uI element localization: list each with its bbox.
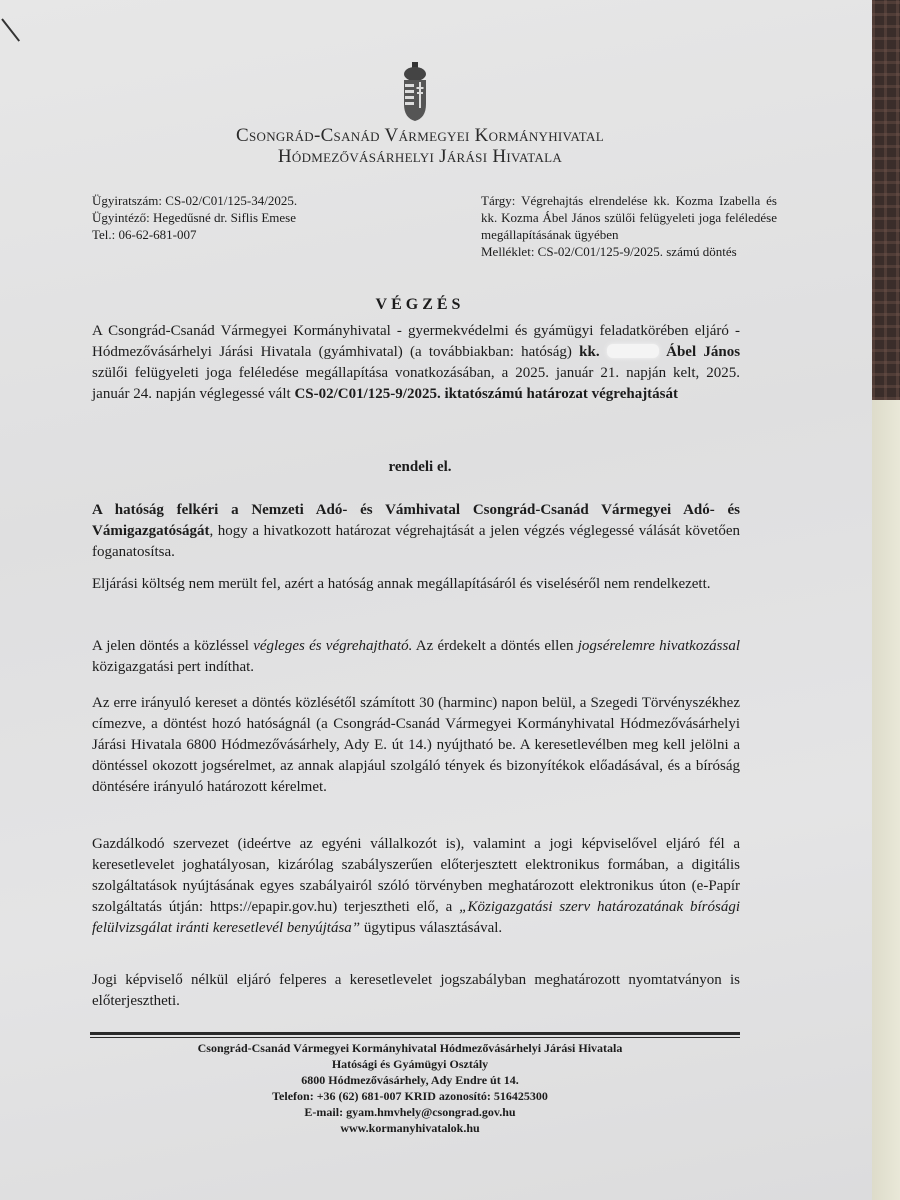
pen-mark: [1, 18, 20, 41]
finality-paragraph: A jelen döntés a közléssel végleges és v…: [92, 636, 740, 678]
costs-paragraph: Eljárási költség nem merült fel, azért a…: [92, 574, 740, 595]
subject-meta: Tárgy: Végrehajtás elrendelése kk. Kozma…: [481, 192, 777, 260]
electronic-filing-paragraph: Gazdálkodó szervezet (ideértve az egyéni…: [92, 834, 740, 939]
footer-divider: [90, 1032, 740, 1038]
child-name: Ábel János: [666, 344, 740, 360]
orders-line: rendeli el.: [0, 459, 840, 476]
footer-website: www.kormanyhivatalok.hu: [0, 1120, 820, 1136]
appeal-paragraph: Az erre irányuló kereset a döntés közlés…: [92, 693, 740, 798]
letterhead-office: Csongrád-Csanád Vármegyei Kormányhivatal: [0, 125, 840, 147]
request-paragraph: A hatóság felkéri a Nemzeti Adó- és Vámh…: [92, 500, 740, 563]
document-title: VÉGZÉS: [0, 296, 840, 314]
case-officer: Ügyintéző: Hegedűsné dr. Siflis Emese: [92, 209, 297, 226]
footer-email: E-mail: gyam.hmvhely@csongrad.gov.hu: [0, 1104, 820, 1120]
footer-address: 6800 Hódmezővásárhely, Ady Endre út 14.: [0, 1072, 820, 1088]
phone-number: Tel.: 06-62-681-007: [92, 226, 297, 243]
document-page: Csongrád-Csanád Vármegyei Kormányhivatal…: [0, 0, 872, 1200]
case-meta: Ügyiratszám: CS-02/C01/125-34/2025. Ügyi…: [92, 192, 297, 243]
footer-office: Csongrád-Csanád Vármegyei Kormányhivatal…: [0, 1040, 820, 1056]
coat-of-arms-icon: [401, 62, 429, 122]
footer: Csongrád-Csanád Vármegyei Kormányhivatal…: [0, 1040, 820, 1136]
footer-department: Hatósági és Gyámügyi Osztály: [0, 1056, 820, 1072]
paper-form-paragraph: Jogi képviselő nélkül eljáró felperes a …: [92, 970, 740, 1012]
intro-paragraph: A Csongrád-Csanád Vármegyei Kormányhivat…: [92, 321, 740, 405]
redaction-mark: [607, 344, 659, 358]
subject: Tárgy: Végrehajtás elrendelése kk. Kozma…: [481, 192, 777, 243]
footer-phone: Telefon: +36 (62) 681-007 KRID azonosító…: [0, 1088, 820, 1104]
letterhead-district: Hódmezővásárhelyi Járási Hivatala: [0, 146, 840, 168]
attachment: Melléklet: CS-02/C01/125-9/2025. számú d…: [481, 243, 777, 260]
case-number: Ügyiratszám: CS-02/C01/125-34/2025.: [92, 192, 297, 209]
